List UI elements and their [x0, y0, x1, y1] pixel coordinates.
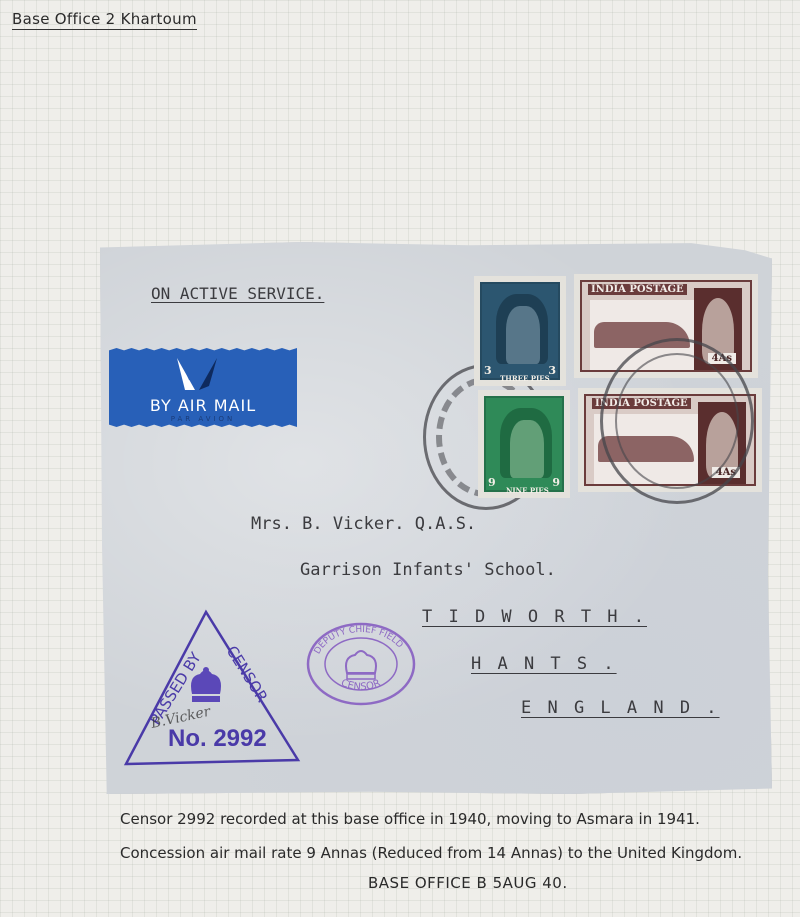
- address-line-town: T I D W O R T H .: [422, 607, 647, 627]
- stamp-value-left: 9: [488, 476, 496, 489]
- air-mail-label: BY AIR MAIL PAR AVION: [109, 348, 297, 427]
- address-line-county: H A N T S .: [471, 654, 617, 674]
- par-avion-text: PAR AVION: [109, 415, 297, 423]
- king-bust-icon: [506, 306, 540, 364]
- oval-bottom-text: CENSOR: [339, 678, 382, 693]
- censor-text: CENSOR: [223, 643, 272, 706]
- deputy-chief-field-censor-stamp: DEPUTY CHIEF FIELD CENSOR: [305, 621, 417, 707]
- stamp-denomination: NINE PIES: [506, 486, 549, 495]
- air-mail-text: BY AIR MAIL: [109, 396, 297, 415]
- annotation-postmark-date: BASE OFFICE B 5AUG 40.: [368, 874, 568, 892]
- crown-icon: [346, 651, 376, 679]
- postmark-right: [600, 338, 754, 504]
- address-recipient: Mrs. B. Vicker. Q.A.S.: [251, 514, 476, 534]
- censor-number: No. 2992: [168, 725, 267, 752]
- on-active-service-endorsement: ON ACTIVE SERVICE.: [151, 284, 324, 303]
- stamp-nine-pies: 9 9 NINE PIES: [478, 390, 570, 498]
- annotation-air-mail-rate: Concession air mail rate 9 Annas (Reduce…: [120, 844, 742, 862]
- address-line-country: E N G L A N D .: [521, 698, 720, 718]
- stamp-three-pies: 3 3 THREE PIES: [474, 276, 566, 386]
- stamp-value-left: 3: [484, 364, 492, 377]
- censor-triangle-stamp: PASSED BY CENSOR No. 2992 B.Vicker: [122, 608, 302, 768]
- king-bust-icon: [510, 420, 544, 478]
- stamp-denomination: THREE PIES: [500, 374, 550, 383]
- annotation-censor-history: Censor 2992 recorded at this base office…: [120, 810, 700, 828]
- wings-icon: [175, 356, 219, 394]
- stamp-value-right: 9: [552, 476, 560, 489]
- page-title: Base Office 2 Khartoum: [12, 10, 197, 30]
- svg-text:CENSOR: CENSOR: [339, 678, 382, 693]
- stamp-country: INDIA POSTAGE: [588, 284, 687, 295]
- envelope: ON ACTIVE SERVICE. BY AIR MAIL PAR AVION…: [100, 242, 772, 794]
- address-line-school: Garrison Infants' School.: [300, 560, 556, 580]
